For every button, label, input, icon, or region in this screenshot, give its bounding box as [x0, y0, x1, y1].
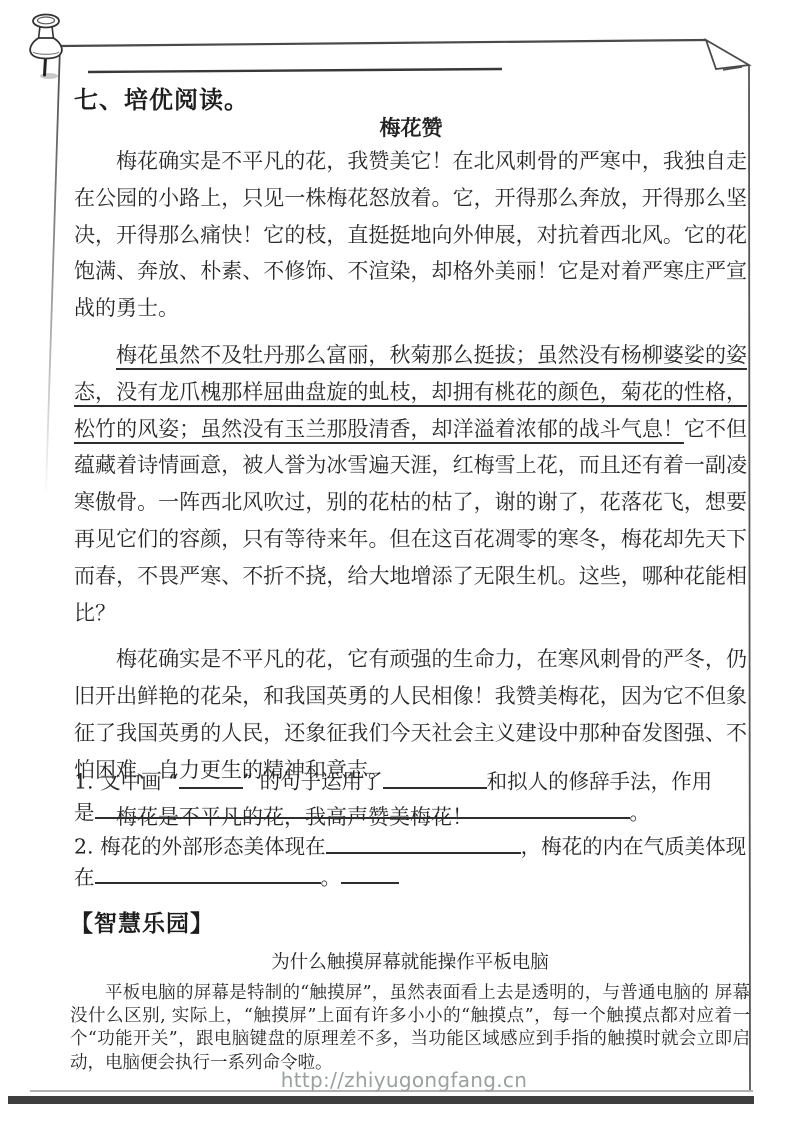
paragraph-2: 梅花虽然不及牡丹那么富丽，秋菊那么挺拔；虽然没有杨柳婆娑的姿态，没有龙爪槐那样屈…	[74, 337, 747, 631]
answer-blank	[326, 831, 521, 854]
answer-blank	[341, 862, 399, 885]
paragraph-2-rest: 它不但蕴藏着诗情画意，被人誉为冰雪遍天涯，红梅雪上花，而且还有着一副凌寒傲骨。一…	[74, 417, 747, 625]
wisdom-body: 平板电脑的屏幕是特制的“触摸屏”，虽然表面看上去是透明的，与普通电脑的 屏幕没什…	[70, 982, 750, 1075]
question-1-line-1: 1. 文中画 “” 的句子运用了和拟人的修辞手法，作用	[74, 766, 752, 797]
pushpin-icon	[24, 12, 70, 84]
answer-blank	[179, 766, 243, 789]
top-rule-line	[88, 69, 502, 72]
footer-url: http://zhiyugongfang.cn	[74, 1068, 734, 1092]
question-2-line-2: 在。	[74, 862, 752, 893]
worksheet-page: 七、培优阅读。 梅花赞 梅花确实是不平凡的花，我赞美它！在北风刺骨的严寒中，我独…	[0, 0, 793, 1122]
folded-corner	[706, 40, 749, 69]
section-heading: 七、培优阅读。	[74, 80, 249, 115]
wisdom-subtitle: 为什么触摸屏幕就能操作平板电脑	[70, 948, 750, 974]
wisdom-section: 【智慧乐园】 为什么触摸屏幕就能操作平板电脑 平板电脑的屏幕是特制的“触摸屏”，…	[70, 905, 750, 1075]
question-2-text: 2. 梅花的外部形态美体现在	[74, 835, 326, 859]
question-1-line-2: 是。	[74, 797, 752, 828]
question-2-line-1: 2. 梅花的外部形态美体现在，梅花的内在气质美体现	[74, 831, 752, 862]
questions-block: 1. 文中画 “” 的句子运用了和拟人的修辞手法，作用 是。 2. 梅花的外部形…	[74, 766, 752, 892]
question-1-text: 1. 文中画 “	[74, 770, 179, 794]
question-1-text: ” 的句子运用了	[243, 770, 383, 794]
answer-blank	[95, 797, 630, 820]
answer-blank	[383, 766, 487, 789]
wisdom-heading: 【智慧乐园】	[70, 905, 750, 938]
question-1-text: 和拟人的修辞手法，作用	[487, 770, 713, 794]
article-title: 梅花赞	[75, 112, 747, 142]
underlined-sentence: 梅花虽然不及牡丹那么富丽，秋菊那么挺拔；虽然没有杨柳婆娑的姿态，没有龙爪槐那样屈…	[74, 343, 747, 441]
article-body: 梅花确实是不平凡的花，我赞美它！在北风刺骨的严寒中，我独自走在公园的小路上，只见…	[74, 143, 747, 835]
question-1-period: 。	[630, 800, 651, 824]
answer-blank	[95, 862, 321, 885]
paragraph-1: 梅花确实是不平凡的花，我赞美它！在北风刺骨的严寒中，我独自走在公园的小路上，只见…	[74, 143, 747, 327]
question-2-text: ，梅花的内在气质美体现	[521, 835, 747, 859]
question-1-text: 是	[74, 800, 95, 824]
question-2-text: 在	[74, 865, 95, 889]
question-2-period: 。	[321, 865, 342, 889]
